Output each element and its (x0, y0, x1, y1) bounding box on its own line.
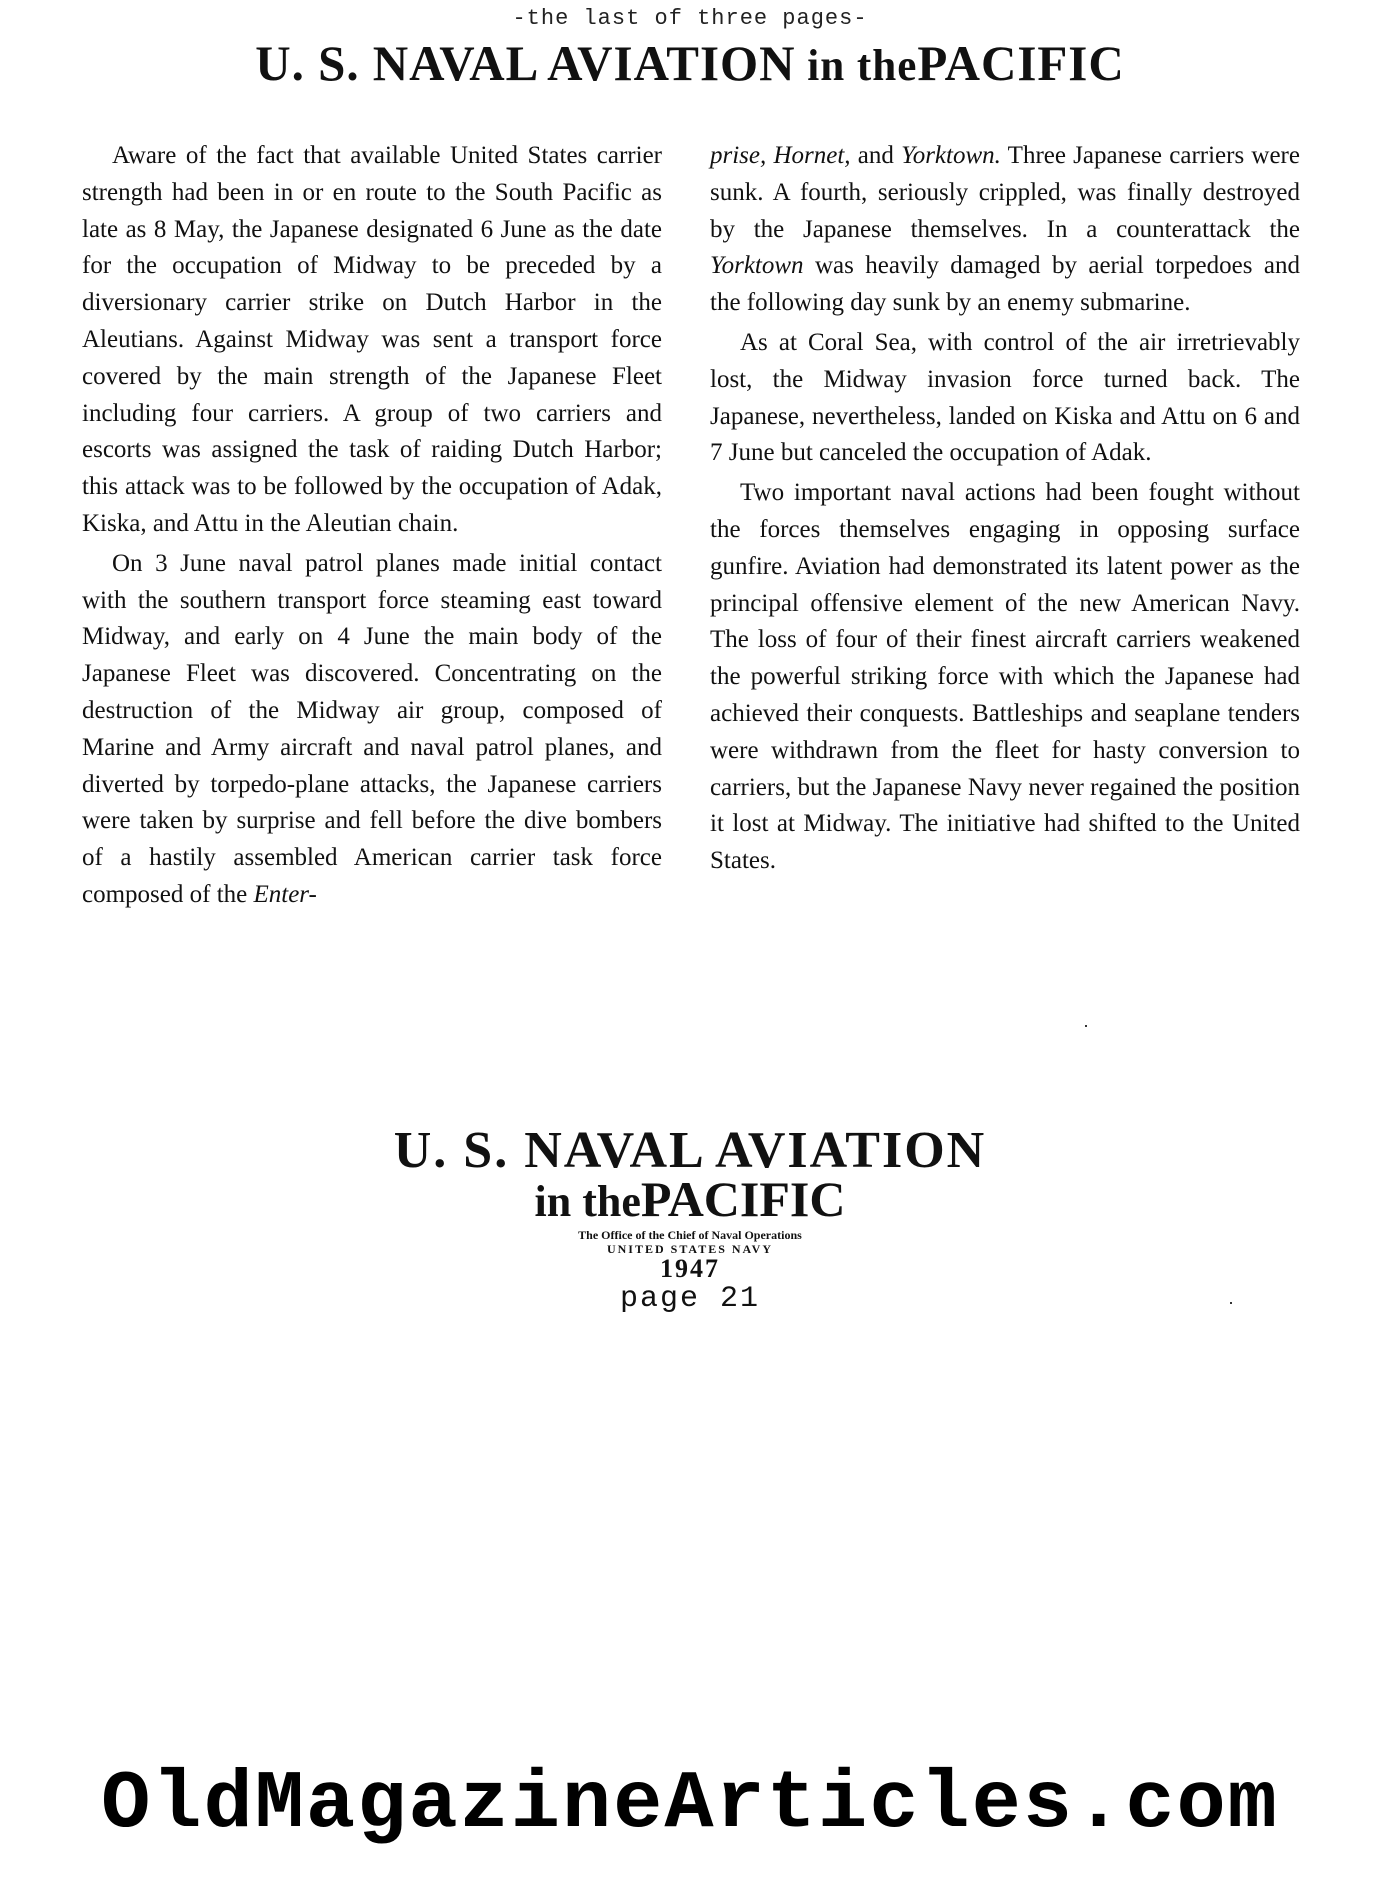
ship-name-italic: Enter- (253, 881, 316, 908)
source-subtitle-small: in the (535, 1177, 641, 1226)
ship-name-yorktown: Yorktown. (901, 142, 1001, 169)
title-part-pacific: PACIFIC (917, 35, 1124, 91)
paragraph-coral-sea: As at Coral Sea, with control of the air… (710, 325, 1300, 472)
title-part-in-the: in the (795, 41, 917, 90)
paragraph-text: On 3 June naval patrol planes made initi… (82, 550, 662, 908)
page-number: page 21 (0, 1282, 1380, 1316)
ship-name-yorktown: Yorktown (710, 252, 804, 279)
watermark-logo: OldMagazineArticles.com (0, 1758, 1380, 1851)
source-title: U. S. NAVAL AVIATION (0, 1125, 1380, 1177)
source-subtitle-big: PACIFIC (641, 1171, 846, 1227)
paragraph-carriers-sunk: prise, Hornet, and Yorktown. Three Japan… (710, 138, 1300, 322)
scan-speck (1230, 1302, 1232, 1304)
paragraph-text: and (851, 142, 902, 169)
paragraph-june-3-contact: On 3 June naval patrol planes made initi… (82, 546, 662, 914)
source-year: 1947 (0, 1256, 1380, 1282)
page-title: U. S. NAVAL AVIATION in thePACIFIC (14, 34, 1366, 92)
source-citation: U. S. NAVAL AVIATION in thePACIFIC The O… (0, 1125, 1380, 1316)
ship-names-italic: prise, Hornet, (710, 142, 851, 169)
paragraph-midway-plan: Aware of the fact that available United … (82, 138, 662, 543)
source-office: The Office of the Chief of Naval Operati… (0, 1228, 1380, 1242)
title-part-naval-aviation: U. S. NAVAL AVIATION (255, 35, 795, 91)
article-right-column: prise, Hornet, and Yorktown. Three Japan… (710, 138, 1300, 883)
paragraph-conclusion: Two important naval actions had been fou… (710, 475, 1300, 880)
page-kicker: -the last of three pages- (0, 6, 1380, 31)
article-left-column: Aware of the fact that available United … (82, 138, 662, 917)
scan-speck (1085, 1025, 1087, 1027)
source-subtitle: in thePACIFIC (0, 1177, 1380, 1224)
